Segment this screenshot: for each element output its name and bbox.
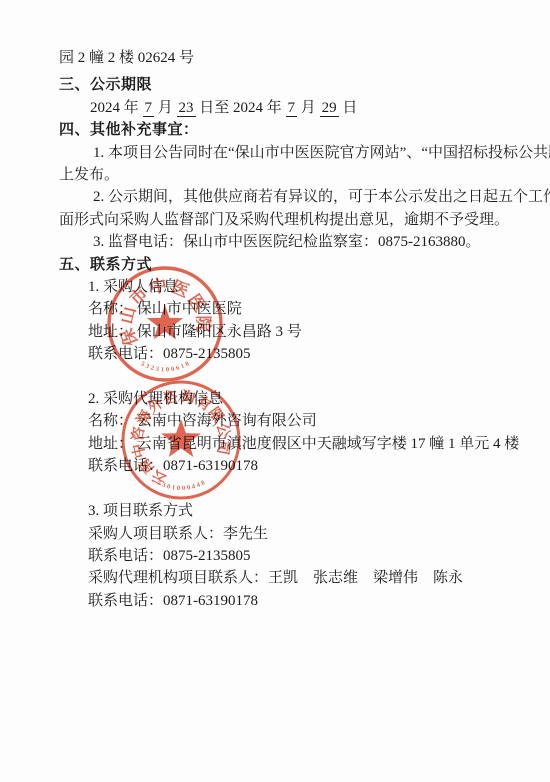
end-day-underlined: 29 [320, 100, 339, 117]
section-contact-heading: 五、联系方式 [59, 254, 510, 276]
date-text: 2024 年 [90, 100, 143, 116]
project-contact-block: 3. 项目联系方式 采购人项目联系人：李先生 联系电话：0875-2135805… [59, 500, 510, 612]
date-text: 日至 2024 年 [196, 100, 286, 116]
buyer-project-phone: 联系电话：0875-2135805 [59, 545, 510, 567]
buyer-address: 地址： 保山市隆阳区永昌路 3 号 [59, 321, 510, 343]
supplement-item1-line1: 1. 本项目公告同时在“保山市中医医院官方网站”、“中国招标投标公共服务平台” [59, 142, 510, 164]
end-month-underlined: 7 [286, 100, 298, 117]
document-page: 园 2 幢 2 楼 02624 号 三、公示期限 2024 年 7 月 23 日… [0, 0, 550, 612]
agency-phone: 联系电话：0871-63190178 [59, 455, 510, 477]
agency-project-phone: 联系电话：0871-63190178 [59, 590, 510, 612]
address-tail-line: 园 2 幢 2 楼 02624 号 [59, 47, 510, 69]
agency-info-block: 2. 采购代理机构信息 名称： 云南中咨海外咨询有限公司 地址： 云南省昆明市滇… [59, 388, 510, 478]
buyer-name: 名称： 保山市中医医院 [59, 298, 510, 320]
publicity-period-dates: 2024 年 7 月 23 日至 2024 年 7 月 29 日 [59, 97, 510, 119]
agency-name: 名称： 云南中咨海外咨询有限公司 [59, 410, 510, 432]
buyer-info-block: 1. 采购人信息 名称： 保山市中医医院 地址： 保山市隆阳区永昌路 3 号 联… [59, 276, 510, 366]
start-day-underlined: 23 [177, 100, 196, 117]
buyer-project-contact: 采购人项目联系人：李先生 [59, 523, 510, 545]
agency-info-title: 2. 采购代理机构信息 [59, 388, 510, 410]
buyer-phone: 联系电话：0875-2135805 [59, 343, 510, 365]
section-publicity-period-heading: 三、公示期限 [59, 74, 510, 96]
supplement-item1-line2: 上发布。 [59, 164, 510, 186]
agency-address: 地址： 云南省昆明市滇池度假区中天融域写字楼 17 幢 1 单元 4 楼 [59, 433, 510, 455]
agency-project-contacts: 采购代理机构项目联系人：王凯 张志维 梁增伟 陈永 [59, 567, 510, 589]
supplement-item2-line1: 2. 公示期间，其他供应商若有异议的，可于本公示发出之日起五个工作日内，以书 [59, 186, 510, 208]
supplement-item3-supervision-phone: 3. 监督电话：保山市中医医院纪检监察室：0875-2163880。 [59, 231, 510, 253]
supplement-item2-line2: 面形式向采购人监督部门及采购代理机构提出意见，逾期不予受理。 [59, 209, 510, 231]
date-text: 月 [154, 100, 177, 116]
buyer-info-title: 1. 采购人信息 [59, 276, 510, 298]
date-text: 月 [297, 100, 320, 116]
section-supplementary-heading: 四、其他补充事宜： [59, 119, 510, 141]
project-contact-title: 3. 项目联系方式 [59, 500, 510, 522]
start-month-underlined: 7 [143, 100, 155, 117]
date-text: 日 [339, 100, 358, 116]
